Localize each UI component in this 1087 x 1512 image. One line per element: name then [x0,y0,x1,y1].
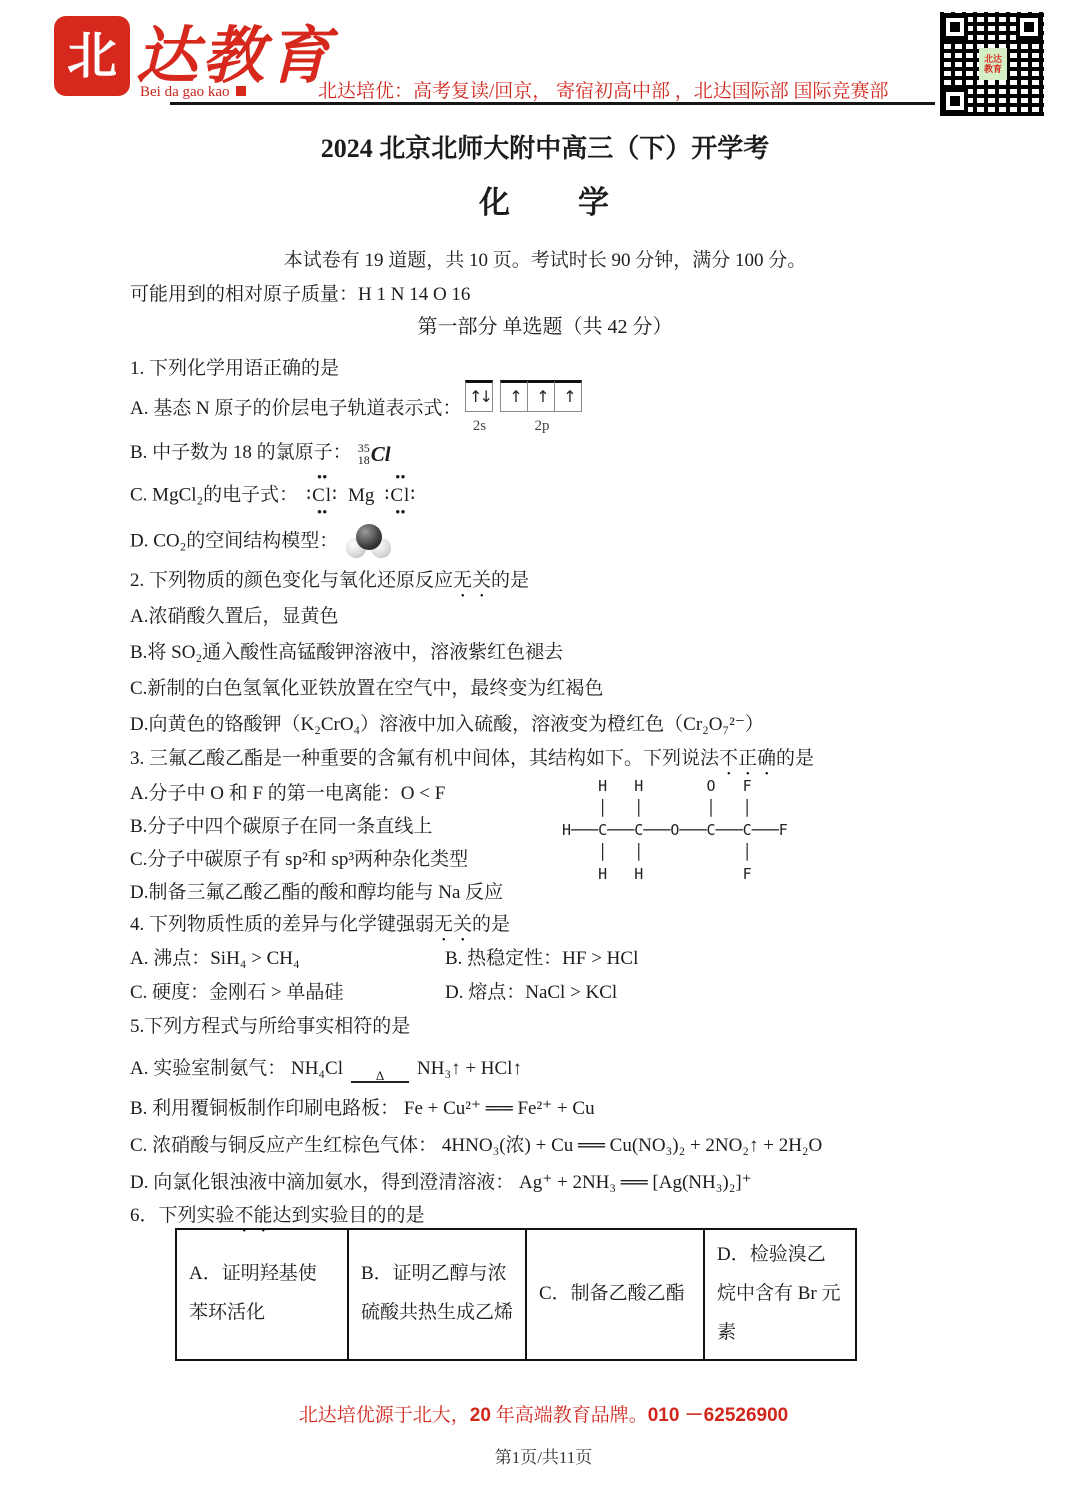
q4-option-d: D. 熔点：NaCl > KCl [445,982,617,1003]
q4-options-cd: C. 硬度：金刚石 > 单晶硅D. 熔点：NaCl > KCl [130,980,960,1006]
q3-option-c: C.分子中碳原子有 sp²和 sp³两种杂化类型 [130,847,960,873]
orbital-2s-box: ↑↓ [465,380,493,412]
q5-option-c: C. 浓硝酸与铜反应产生红棕色气体： 4HNO₃(浓) + Cu ══ Cu(N… [130,1133,960,1159]
orbital-2p-box: ↑ [554,380,582,412]
q1-option-b: B. 中子数为 18 的氯原子：3518Cl [130,440,960,467]
q2-stem: 2. 下列物质的颜色变化与氧化还原反应无关的是 [130,568,960,602]
q1-option-a: A. 基态 N 原子的价层电子轨道表示式： ↑↓ 2s ↑ ↑ ↑ 2p [130,380,960,439]
molecule-structure: H H O F │ │ │ │ H───C───C───O───C───C───… [562,775,788,885]
q6-option-a: A．证明羟基使苯环活化 [176,1229,348,1360]
exam-subject: 化 学 [130,190,960,216]
q3-option-d: D.制备三氟乙酸乙酯的酸和醇均能与 Na 反应 [130,880,960,906]
q2-option-d: D.向黄色的铬酸钾（K₂CrO₄）溶液中加入硫酸，溶液变为橙红色（Cr₂O₇²⁻… [130,712,960,738]
orbital-2p-box: ↑ [500,380,528,412]
co2-space-model [346,524,392,560]
logo-subtitle-text: Bei da gao kao [140,84,230,100]
header-slogan: 北达培优：高考复读/回京， 寄宿初高中部 ，北达国际部 国际竞赛部 [318,76,889,103]
exam-page: 北 达教育 Bei da gao kao 北达培优：高考复读/回京， 寄宿初高中… [0,0,1087,1512]
nuclide-notation: 3518Cl [358,441,391,467]
q6-option-d: D．检验溴乙烷中含有 Br 元素 [704,1229,856,1360]
q3-stem: 3. 三氟乙酸乙酯是一种重要的含氟有机中间体，其结构如下。下列说法不正确的是 [130,746,960,780]
qr-finder-topright [1016,14,1042,40]
logo-square-icon [236,86,246,96]
atomic-mass-note: 可能用到的相对原子质量：H 1 N 14 O 16 [130,282,960,308]
q4-option-a: A. 沸点：SiH₄ > CH₄ [130,946,445,972]
q3-option-b: B.分子中四个碳原子在同一条直线上 [130,814,960,840]
footer-slogan: 北达培优源于北大，20 年高端教育品牌。010 －62526900 [0,1400,1087,1427]
logo-subtitle: Bei da gao kao [140,84,246,101]
q4-options-ab: A. 沸点：SiH₄ > CH₄B. 热稳定性：HF > HCl [130,946,960,972]
q2-option-a: A.浓硝酸久置后，显黄色 [130,604,960,630]
page-number: 第1页/共11页 [0,1443,1087,1468]
qr-finder-topleft [942,14,968,40]
q6-option-c: C．制备乙酸乙酯 [526,1229,704,1360]
q3-option-a: A.分子中 O 和 F 的第一电离能：O < F [130,781,960,807]
orbital-diagram: ↑↓ 2s ↑ ↑ ↑ 2p [465,380,582,439]
q2-option-c: C.新制的白色氢氧化亚铁放置在空气中，最终变为红褐色 [130,676,960,702]
exam-info: 本试卷有 19 道题，共 10 页。考试时长 90 分钟，满分 100 分。 [130,248,960,274]
orbital-2p-box: ↑ [527,380,555,412]
q2-option-b: B.将 SO₂通入酸性高锰酸钾溶液中，溶液紫红色褪去 [130,640,960,666]
logo-seal-icon: 北 [56,18,128,94]
orbital-2p-label: 2p [534,413,549,439]
q6-option-b: B．证明乙醇与浓硫酸共热生成乙烯 [348,1229,526,1360]
q4-stem: 4. 下列物质性质的差异与化学键强弱无关的是 [130,912,960,946]
q4-option-b: B. 热稳定性：HF > HCl [445,948,638,969]
q5-option-a: A. 实验室制氨气： NH₄ClΔNH₃↑ + HCl↑ [130,1056,960,1083]
q1-stem: 1. 下列化学用语正确的是 [130,356,960,382]
section1-heading: 第一部分 单选题（共 42 分） [130,314,960,340]
heating-condition: Δ [351,1066,409,1083]
lewis-structure: ••∶Cl∶•• Mg ••∶Cl∶•• [306,472,416,520]
logo-brand-text: 达教育 [136,6,334,95]
exam-title: 2024 北京北师大附中高三（下）开学考 [130,136,960,162]
q1-option-c: C. MgCl₂的电子式： ••∶Cl∶•• Mg ••∶Cl∶•• [130,472,960,520]
q6-options-table: A．证明羟基使苯环活化 B．证明乙醇与浓硫酸共热生成乙烯 C．制备乙酸乙酯 D．… [175,1228,857,1361]
q5-stem: 5.下列方程式与所给事实相符的是 [130,1014,960,1040]
q5-option-b: B. 利用覆铜板制作印刷电路板： Fe + Cu²⁺ ══ Fe²⁺ + Cu [130,1096,960,1122]
qr-finder-bottomleft [942,88,968,114]
header-divider [170,102,935,105]
orbital-2s-label: 2s [473,413,486,439]
q4-option-c: C. 硬度：金刚石 > 单晶硅 [130,980,445,1006]
q1-option-d: D. CO₂的空间结构模型： [130,524,960,560]
qr-center-label: 北达 教育 [979,48,1007,80]
qr-code: 北达 教育 [940,12,1044,116]
q5-option-d: D. 向氯化银浊液中滴加氨水，得到澄清溶液： Ag⁺ + 2NH₃ ══ [Ag… [130,1170,960,1196]
